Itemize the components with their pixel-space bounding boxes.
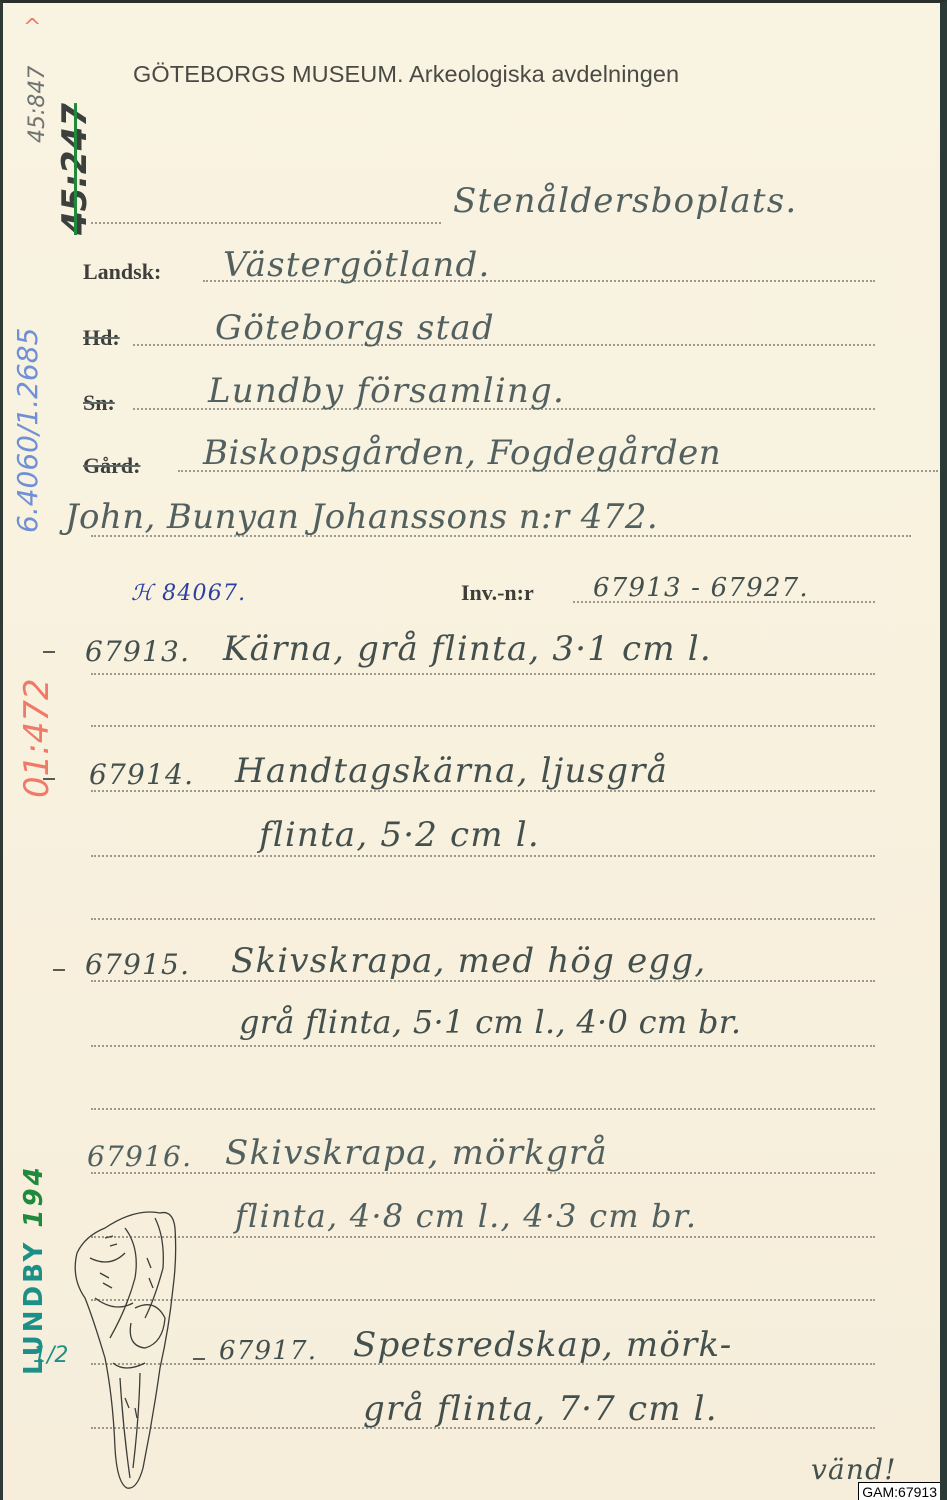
catalog-id: GAM:67913 bbox=[858, 1482, 940, 1500]
gard-label-text: Gård: bbox=[83, 453, 140, 478]
margin-red-caret: ^ bbox=[23, 15, 41, 40]
value-landskap: Västergötland. bbox=[223, 245, 491, 285]
sketch-scale: 1/2 bbox=[33, 1343, 68, 1368]
flint-tool-drawing bbox=[65, 1198, 205, 1498]
site-type: Stenåldersboplats. bbox=[453, 181, 797, 221]
inventory-range: 67913 - 67927. bbox=[593, 573, 809, 603]
entry-number: 67913. bbox=[85, 635, 190, 668]
dotted-line bbox=[91, 1108, 875, 1110]
dotted-line bbox=[91, 222, 441, 224]
entry-description-cont: grå flinta, 5·1 cm l., 4·0 cm br. bbox=[239, 1003, 741, 1041]
entry-description-cont: flinta, 4·8 cm l., 4·3 cm br. bbox=[235, 1197, 697, 1235]
label-inventory: Inv.-n:r bbox=[461, 580, 534, 606]
entry-description: Spetsredskap, mörk- bbox=[353, 1325, 732, 1365]
entry-number: 67914. bbox=[89, 758, 194, 791]
entry-number: 67916. bbox=[87, 1140, 192, 1173]
entry-description-cont: grå flinta, 7·7 cm l. bbox=[363, 1389, 718, 1429]
entry-number: 67915. bbox=[85, 948, 190, 981]
harad-label-text: Hd: bbox=[83, 325, 120, 350]
entry-description: Skivskrapa, med hög egg, bbox=[231, 941, 706, 981]
entry-description: Kärna, grå flinta, 3·1 cm l. bbox=[223, 629, 712, 669]
catalog-card: GÖTEBORGS MUSEUM. Arkeologiska avdelning… bbox=[0, 0, 947, 1500]
reference-prefix: ℋ bbox=[131, 581, 154, 606]
stamp-number: 194 bbox=[19, 1164, 49, 1227]
dotted-line bbox=[91, 1236, 875, 1238]
margin-red-number: 01:472 bbox=[17, 678, 57, 798]
museum-header: GÖTEBORGS MUSEUM. Arkeologiska avdelning… bbox=[133, 61, 679, 88]
tick-mark bbox=[53, 969, 65, 971]
dotted-line bbox=[91, 1299, 875, 1301]
reference-number: ℋ 84067. bbox=[131, 581, 246, 606]
value-gard: Biskopsgården, Fogdegården bbox=[203, 433, 721, 473]
value-harad: Göteborgs stad bbox=[215, 308, 495, 348]
entry-description: Skivskrapa, mörkgrå bbox=[225, 1133, 608, 1173]
label-gard: Gård: bbox=[83, 453, 140, 479]
dotted-line bbox=[91, 918, 875, 920]
label-harad: Hd: bbox=[83, 325, 120, 351]
dotted-line bbox=[91, 725, 875, 727]
label-socken: Sn: bbox=[83, 390, 115, 416]
entry-description-cont: flinta, 5·2 cm l. bbox=[259, 815, 540, 855]
value-gard-continuation: John, Bunyan Johanssons n:r 472. bbox=[65, 497, 658, 537]
dotted-line bbox=[91, 673, 875, 675]
dotted-line bbox=[91, 1045, 875, 1047]
margin-blue-number: 6.4060/1.2685 bbox=[11, 328, 44, 533]
entry-number: 67917. bbox=[219, 1336, 317, 1366]
tick-mark bbox=[43, 651, 55, 653]
margin-dark-number: 45:247 bbox=[55, 103, 95, 235]
reference-value: 84067. bbox=[162, 581, 246, 606]
value-socken: Lundby församling. bbox=[208, 371, 565, 411]
entry-description: Handtagskärna, ljusgrå bbox=[235, 751, 668, 791]
label-landskap: Landsk: bbox=[83, 259, 161, 285]
dotted-line bbox=[91, 855, 875, 857]
socken-label-text: Sn: bbox=[83, 390, 115, 415]
margin-grey-number: 45:847 bbox=[25, 66, 50, 143]
